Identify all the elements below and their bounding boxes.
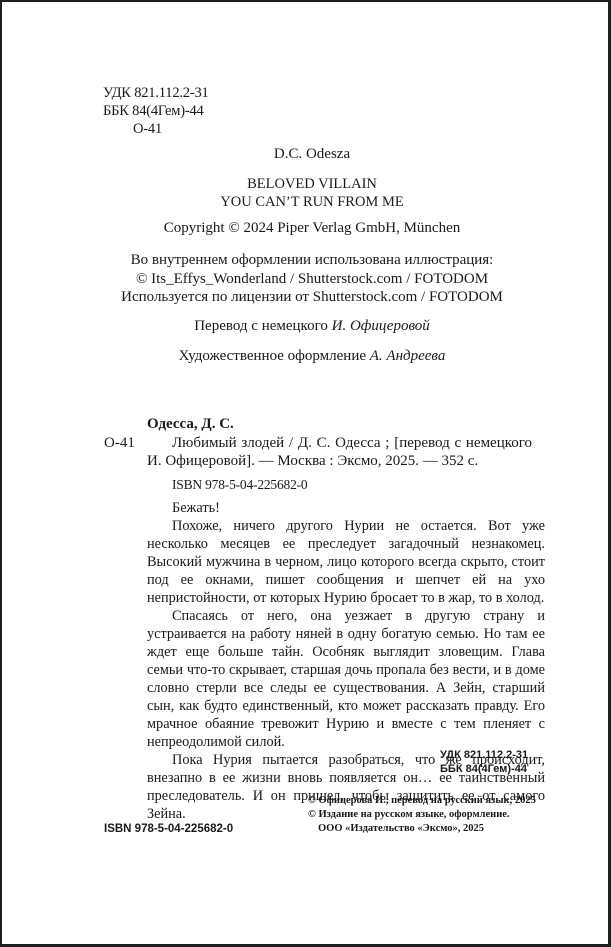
footer-isbn: ISBN 978-5-04-225682-0 <box>104 824 233 836</box>
illustration-credit-line-2: © Its_Effys_Wonderland / Shutterstock.co… <box>102 272 522 287</box>
footer-bbk: ББК 84(4Гем)-44 <box>440 764 527 775</box>
footer-udk: УДК 821.112.2-31 <box>440 750 528 761</box>
rights-line-3: ООО «Издательство «Эксмо», 2025 <box>318 824 484 835</box>
copyright-page: УДК 821.112.2-31 ББК 84(4Гем)-44 О-41 D.… <box>2 2 608 944</box>
original-author: D.C. Odesza <box>102 147 522 162</box>
original-copyright: Copyright © 2024 Piper Verlag GmbH, Münc… <box>102 221 522 236</box>
catalog-description-line-1: Любимый злодей / Д. С. Одесса ; [перевод… <box>172 436 532 451</box>
catalog-author-sign: О-41 <box>104 436 135 451</box>
annotation-paragraph: Похоже, ничего другого Нурии не остается… <box>147 517 545 607</box>
translation-credit: Перевод с немецкого И. Офицеровой <box>102 319 522 334</box>
bbk-code: ББК 84(4Гем)-44 <box>103 104 204 119</box>
original-title-line-1: BELOVED VILLAIN <box>102 177 522 192</box>
catalog-author-heading: Одесса, Д. С. <box>147 417 234 432</box>
rights-line-2: © Издание на русском языке, оформление. <box>308 810 510 821</box>
catalog-isbn: ISBN 978-5-04-225682-0 <box>172 478 307 492</box>
translation-label: Перевод с немецкого <box>194 318 331 334</box>
annotation-paragraph: Бежать! <box>147 499 545 517</box>
author-sign: О-41 <box>133 122 162 137</box>
catalog-description-line-2: И. Офицеровой]. — Москва : Эксмо, 2025. … <box>147 454 478 469</box>
rights-line-1: © Офицерова И., перевод на русский язык,… <box>308 796 536 807</box>
design-credit: Художественное оформление А. Андреева <box>102 349 522 364</box>
udk-code: УДК 821.112.2-31 <box>103 86 209 101</box>
illustration-credit-line-3: Используется по лицензии от Shutterstock… <box>102 290 522 305</box>
annotation-paragraph: Спасаясь от него, она уезжает в другую с… <box>147 607 545 751</box>
designer-name: А. Андреева <box>370 348 446 364</box>
design-label: Художественное оформление <box>179 348 370 364</box>
translator-name: И. Офицеровой <box>332 318 430 334</box>
original-title-line-2: YOU CAN’T RUN FROM ME <box>102 195 522 210</box>
illustration-credit-line-1: Во внутреннем оформлении использована ил… <box>102 253 522 268</box>
